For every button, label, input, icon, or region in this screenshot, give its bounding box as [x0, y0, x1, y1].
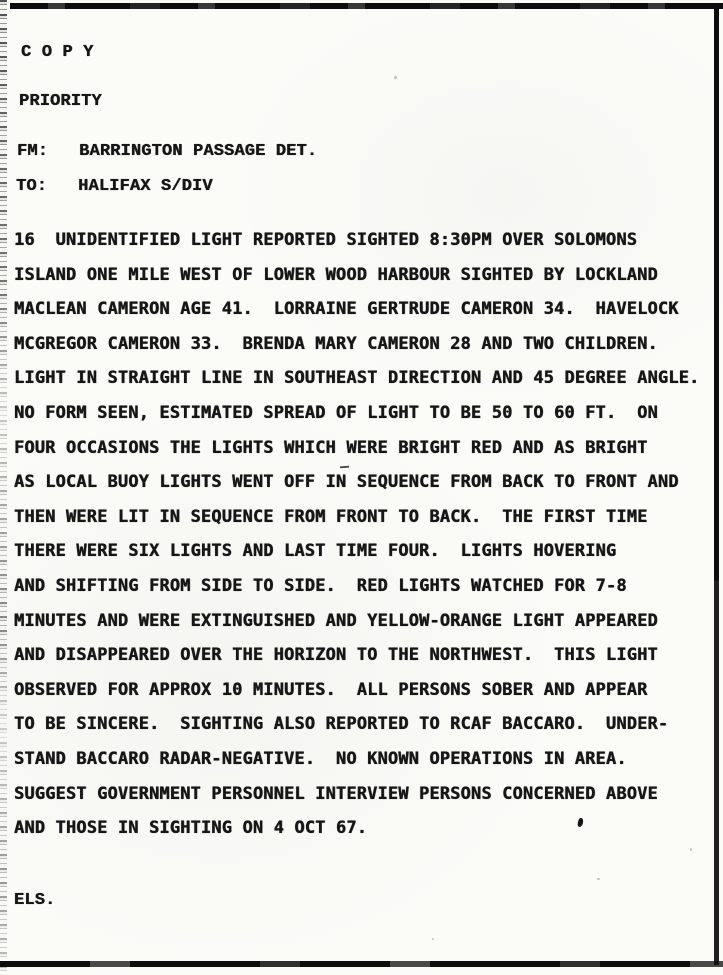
signature-initials: ELS.: [14, 884, 55, 919]
from-line: FM: BARRINGTON PASSAGE DET.: [17, 135, 317, 170]
scan-edge-artifact: [0, 0, 7, 975]
scanned-document-page: C O P Y PRIORITY FM: BARRINGTON PASSAGE …: [0, 0, 723, 975]
scan-border-bottom: [0, 961, 723, 967]
scan-border-top: [10, 3, 723, 9]
to-line: TO: HALIFAX S/DIV: [16, 170, 213, 205]
priority-label: PRIORITY: [19, 85, 102, 120]
scan-border-right: [714, 4, 719, 965]
message-body: 16 UNIDENTIFIED LIGHT REPORTED SIGHTED 8…: [14, 223, 699, 846]
scan-speck: [597, 878, 600, 880]
scan-speck: [394, 76, 397, 79]
scan-speck: [690, 848, 692, 851]
copy-stamp: C O P Y: [21, 36, 93, 71]
scan-speck: [432, 938, 434, 940]
